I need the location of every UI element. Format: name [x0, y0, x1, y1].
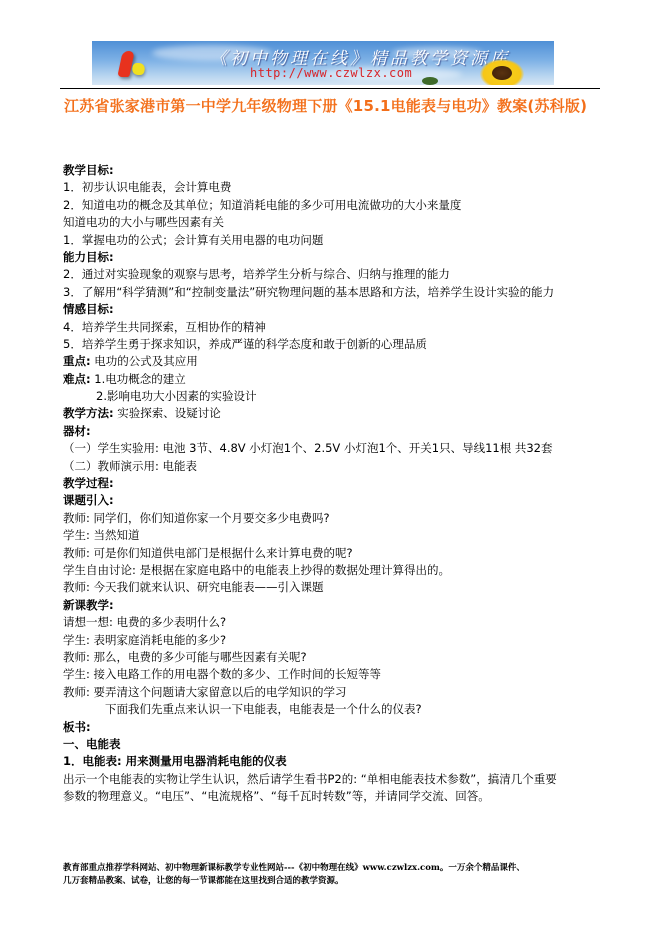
document-line: 学生: 当然知道	[63, 527, 603, 544]
section-label: 重点:	[63, 354, 91, 368]
document-line: 教学目标:	[63, 162, 603, 179]
section-label: 教学目标:	[63, 163, 114, 177]
document-line: 2．通过对实验现象的观察与思考，培养学生分析与综合、归纳与推理的能力	[63, 266, 603, 283]
line-text: 1．初步认识电能表，会计算电费	[63, 180, 231, 194]
logo-icon-accent	[130, 63, 146, 75]
document-line: 请想一想: 电费的多少表明什么?	[63, 614, 603, 631]
document-line: 新课教学:	[63, 597, 603, 614]
document-line: 知道电功的大小与哪些因素有关	[63, 214, 603, 231]
section-label: 能力目标:	[63, 250, 114, 264]
line-text: 知道电功的大小与哪些因素有关	[63, 215, 224, 229]
document-line: 1．电能表: 用来测量用电器消耗电能的仪表	[63, 753, 603, 770]
line-text: 参数的物理意义。“电压”、“电流规格”、“每千瓦时转数”等，并请同学交流、回答。	[63, 789, 490, 803]
line-text: 教师: 今天我们就来认识、研究电能表——引入课题	[63, 580, 324, 594]
section-label: 器材:	[63, 424, 91, 438]
section-label: 情感目标:	[63, 302, 114, 316]
document-title: 江苏省张家港市第一中学九年级物理下册《15.1电能表与电功》教案(苏科版)	[64, 95, 587, 116]
section-label: 课题引入:	[63, 493, 114, 507]
section-label: 新课教学:	[63, 598, 114, 612]
document-line: 3．了解用“科学猜测”和“控制变量法”研究物理问题的基本思路和方法，培养学生设计…	[63, 284, 603, 301]
document-line: 教师: 那么，电费的多少可能与哪些因素有关呢?	[63, 649, 603, 666]
document-line: 学生: 接入电路工作的用电器个数的多少、工作时间的长短等等	[63, 666, 603, 683]
document-line: 教学过程:	[63, 475, 603, 492]
document-line: 板书:	[63, 719, 603, 736]
document-line: 教师: 要弄清这个问题请大家留意以后的电学知识的学习	[63, 684, 603, 701]
document-line: 1．掌握电功的公式；会计算有关用电器的电功问题	[63, 232, 603, 249]
line-text: 学生: 当然知道	[63, 528, 140, 542]
line-text: 教师: 同学们，你们知道你家一个月要交多少电费吗?	[63, 511, 330, 525]
document-line: 2.影响电功大小因素的实验设计	[63, 388, 603, 405]
line-text: 教师: 可是你们知道供电部门是根据什么来计算电费的呢?	[63, 546, 353, 560]
document-line: 难点: 1.电功概念的建立	[63, 371, 603, 388]
document-line: 教学方法: 实验探索、设疑讨论	[63, 405, 603, 422]
document-line: 教师: 可是你们知道供电部门是根据什么来计算电费的呢?	[63, 545, 603, 562]
document-line: 5．培养学生勇于探求知识，养成严谨的科学态度和敢于创新的心理品质	[63, 336, 603, 353]
line-text: 电功的公式及其应用	[91, 354, 198, 368]
document-line: 重点: 电功的公式及其应用	[63, 353, 603, 370]
line-text: 教师: 要弄清这个问题请大家留意以后的电学知识的学习	[63, 685, 347, 699]
footer-line-2: 几万套精品教案、试卷，让您的每一节课都能在这里找到合适的教学资源。	[63, 875, 603, 888]
page-footer: 教育部重点推荐学科网站、初中物理新课标教学专业性网站---《初中物理在线》www…	[63, 862, 603, 888]
line-text: 2.影响电功大小因素的实验设计	[96, 389, 256, 403]
section-label: 教学方法:	[63, 406, 114, 420]
document-line: 一、电能表	[63, 736, 603, 753]
line-text: 教师: 那么，电费的多少可能与哪些因素有关呢?	[63, 650, 307, 664]
document-line: 出示一个电能表的实物让学生认识，然后请学生看书P2的: “单相电能表技术参数”，…	[63, 771, 603, 788]
document-line: 教师: 今天我们就来认识、研究电能表——引入课题	[63, 579, 603, 596]
line-text: 2．通过对实验现象的观察与思考，培养学生分析与综合、归纳与推理的能力	[63, 267, 450, 281]
section-label: 一、电能表	[63, 737, 121, 751]
line-text: 下面我们先重点来认识一下电能表，电能表是一个什么的仪表?	[105, 702, 422, 716]
footer-line-1: 教育部重点推荐学科网站、初中物理新课标教学专业性网站---《初中物理在线》www…	[63, 862, 603, 875]
document-line: （二）教师演示用: 电能表	[63, 458, 603, 475]
line-text: 1．掌握电功的公式；会计算有关用电器的电功问题	[63, 233, 323, 247]
section-label: 1．电能表: 用来测量用电器消耗电能的仪表	[63, 754, 287, 768]
section-label: 板书:	[63, 720, 91, 734]
document-line: 下面我们先重点来认识一下电能表，电能表是一个什么的仪表?	[63, 701, 603, 718]
logo-icon	[117, 51, 135, 77]
line-text: 出示一个电能表的实物让学生认识，然后请学生看书P2的: “单相电能表技术参数”，…	[63, 772, 557, 786]
document-line: 学生: 表明家庭消耗电能的多少?	[63, 632, 603, 649]
document-line: 器材:	[63, 423, 603, 440]
line-text: 1.电功概念的建立	[91, 372, 186, 386]
leaf-decoration	[422, 77, 438, 85]
section-label: 教学过程:	[63, 476, 114, 490]
document-line: 能力目标:	[63, 249, 603, 266]
line-text: （二）教师演示用: 电能表	[63, 459, 197, 473]
document-line: 课题引入:	[63, 492, 603, 509]
line-text: 学生: 接入电路工作的用电器个数的多少、工作时间的长短等等	[63, 667, 381, 681]
document-line: 教师: 同学们，你们知道你家一个月要交多少电费吗?	[63, 510, 603, 527]
document-line: 参数的物理意义。“电压”、“电流规格”、“每千瓦时转数”等，并请同学交流、回答。	[63, 788, 603, 805]
line-text: 实验探索、设疑讨论	[114, 406, 221, 420]
document-line: 1．初步认识电能表，会计算电费	[63, 179, 603, 196]
line-text: 4．培养学生共同探索，互相协作的精神	[63, 320, 266, 334]
line-text: （一）学生实验用: 电池 3节、4.8V 小灯泡1个、2.5V 小灯泡1个、开关…	[63, 441, 553, 455]
document-line: 情感目标:	[63, 301, 603, 318]
section-label: 难点:	[63, 372, 91, 386]
document-body: 教学目标:1．初步认识电能表，会计算电费2．知道电功的概念及其单位；知道消耗电能…	[63, 162, 603, 805]
banner-url: http://www.czwlzx.com	[250, 66, 412, 80]
line-text: 请想一想: 电费的多少表明什么?	[63, 615, 226, 629]
document-line: （一）学生实验用: 电池 3节、4.8V 小灯泡1个、2.5V 小灯泡1个、开关…	[63, 440, 603, 457]
line-text: 3．了解用“科学猜测”和“控制变量法”研究物理问题的基本思路和方法，培养学生设计…	[63, 285, 554, 299]
line-text: 2．知道电功的概念及其单位；知道消耗电能的多少可用电流做功的大小来量度	[63, 198, 461, 212]
document-line: 4．培养学生共同探索，互相协作的精神	[63, 319, 603, 336]
line-text: 5．培养学生勇于探求知识，养成严谨的科学态度和敢于创新的心理品质	[63, 337, 427, 351]
line-text: 学生: 表明家庭消耗电能的多少?	[63, 633, 226, 647]
sunflower-icon	[480, 59, 524, 85]
line-text: 学生自由讨论: 是根据在家庭电路中的电能表上抄得的数据处理计算得出的。	[63, 563, 450, 577]
document-line: 2．知道电功的概念及其单位；知道消耗电能的多少可用电流做功的大小来量度	[63, 197, 603, 214]
site-banner: 《初中物理在线》精品教学资源库 http://www.czwlzx.com	[92, 41, 554, 85]
header-divider	[60, 88, 600, 89]
document-line: 学生自由讨论: 是根据在家庭电路中的电能表上抄得的数据处理计算得出的。	[63, 562, 603, 579]
